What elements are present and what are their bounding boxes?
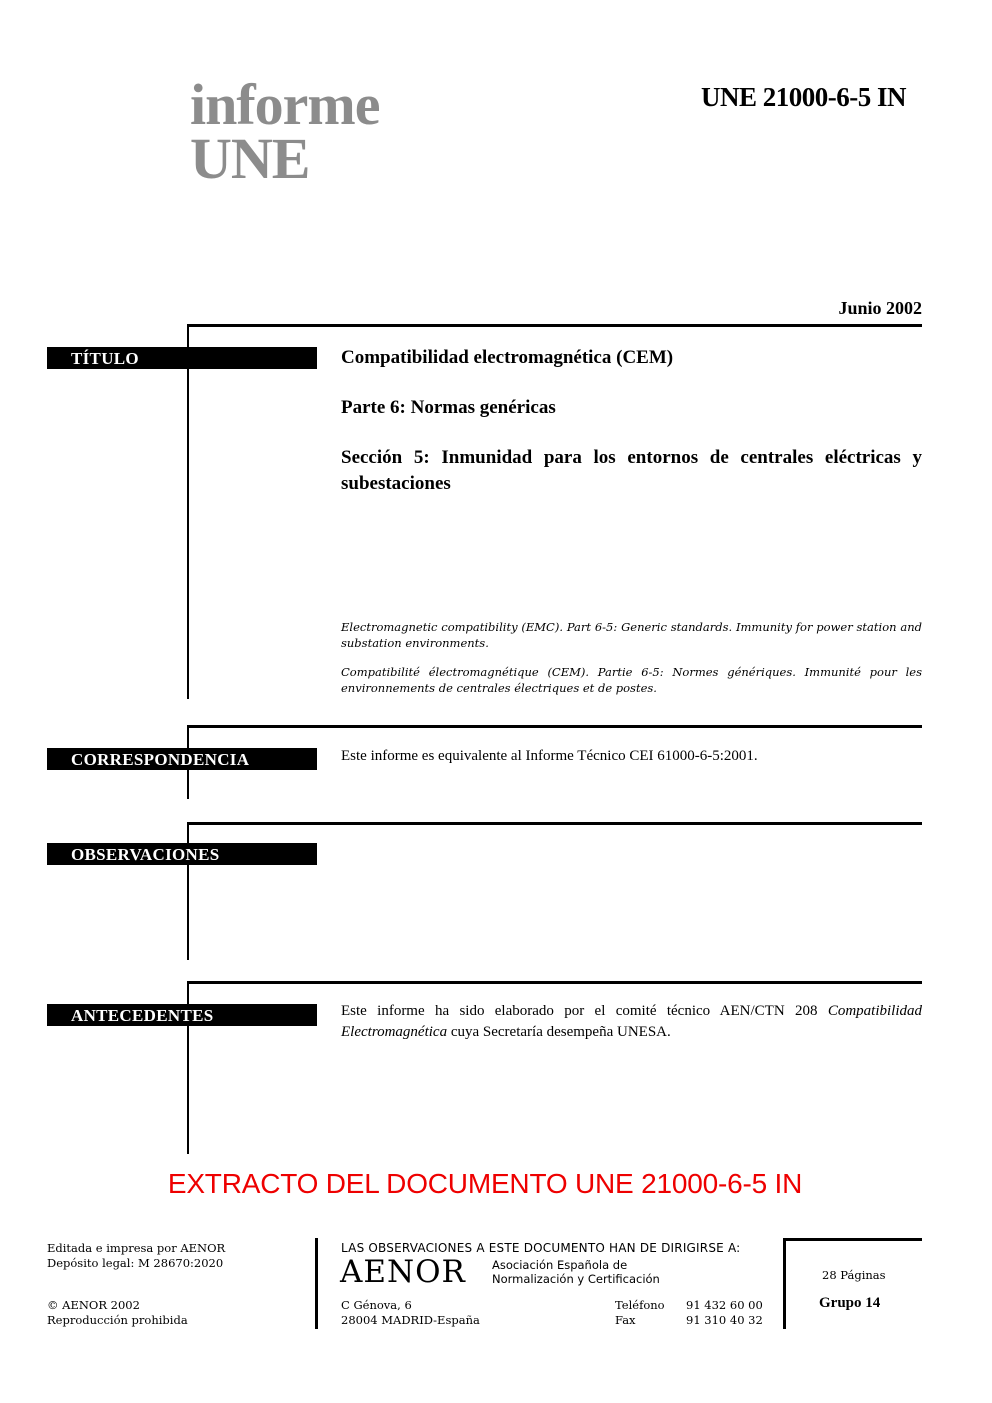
observations-heading: LAS OBSERVACIONES A ESTE DOCUMENTO HAN D…: [341, 1241, 740, 1255]
extract-watermark: EXTRACTO DEL DOCUMENTO UNE 21000-6-5 IN: [0, 1168, 970, 1200]
title-part: Parte 6: Normas genéricas: [341, 395, 922, 421]
address: C Génova, 6 28004 MADRID-España: [341, 1298, 480, 1328]
background-text-start: Este informe ha sido elaborado por el co…: [341, 1003, 828, 1019]
brand-line-une: UNE: [190, 132, 380, 186]
brand-line-informe: informe: [190, 78, 380, 132]
contact-labels: Teléfono Fax: [615, 1298, 665, 1328]
section-label-titulo: TÍTULO: [47, 347, 317, 369]
title-french: Compatibilité électromagnétique (CEM). P…: [341, 664, 922, 696]
fax-label: Fax: [615, 1313, 665, 1328]
aenor-logo: AENOR: [340, 1254, 466, 1290]
phone-label: Teléfono: [615, 1298, 665, 1313]
section-label-observaciones: OBSERVACIONES: [47, 843, 317, 865]
section-divider: [188, 981, 922, 984]
section-divider: [188, 324, 922, 327]
legal-deposit: Depósito legal: M 28670:2020: [47, 1256, 225, 1271]
address-city: 28004 MADRID-España: [341, 1313, 480, 1328]
page-count: 28 Páginas: [822, 1268, 886, 1283]
fax-number: 91 310 40 32: [686, 1313, 763, 1328]
footer-divider: [315, 1238, 318, 1329]
title-section: Sección 5: Inmunidad para los entornos d…: [341, 445, 922, 497]
org-name-line-2: Normalización y Certificación: [492, 1272, 660, 1286]
price-group: Grupo 14: [819, 1295, 880, 1312]
section-divider: [188, 822, 922, 825]
section-divider: [188, 725, 922, 728]
background-text-end: cuya Secretaría desempeña UNESA.: [447, 1024, 671, 1040]
section-label-antecedentes: ANTECEDENTES: [47, 1004, 317, 1026]
title-english: Electromagnetic compatibility (EMC). Par…: [341, 619, 922, 651]
contact-values: 91 432 60 00 91 310 40 32: [686, 1298, 763, 1328]
section-label-correspondencia: CORRESPONDENCIA: [47, 748, 317, 770]
org-full-name: Asociación Española de Normalización y C…: [492, 1258, 660, 1286]
reproduction-notice: Reproducción prohibida: [47, 1313, 188, 1328]
edited-by: Editada e impresa por AENOR: [47, 1241, 225, 1256]
org-name-line-1: Asociación Española de: [492, 1258, 660, 1272]
background-text: Este informe ha sido elaborado por el co…: [341, 1001, 922, 1043]
brand-logo: informe UNE: [190, 78, 380, 186]
address-street: C Génova, 6: [341, 1298, 480, 1313]
publication-date: Junio 2002: [838, 298, 922, 319]
document-id: UNE 21000-6-5 IN: [610, 82, 906, 113]
phone-number: 91 432 60 00: [686, 1298, 763, 1313]
footer-box-top: [783, 1238, 922, 1241]
rights-info: © AENOR 2002 Reproducción prohibida: [47, 1298, 188, 1328]
publisher-info: Editada e impresa por AENOR Depósito leg…: [47, 1241, 225, 1271]
correspondence-text: Este informe es equivalente al Informe T…: [341, 746, 922, 767]
section-rule: [187, 324, 189, 699]
copyright: © AENOR 2002: [47, 1298, 188, 1313]
title-main: Compatibilidad electromagnética (CEM): [341, 345, 922, 371]
footer-divider: [783, 1238, 786, 1329]
